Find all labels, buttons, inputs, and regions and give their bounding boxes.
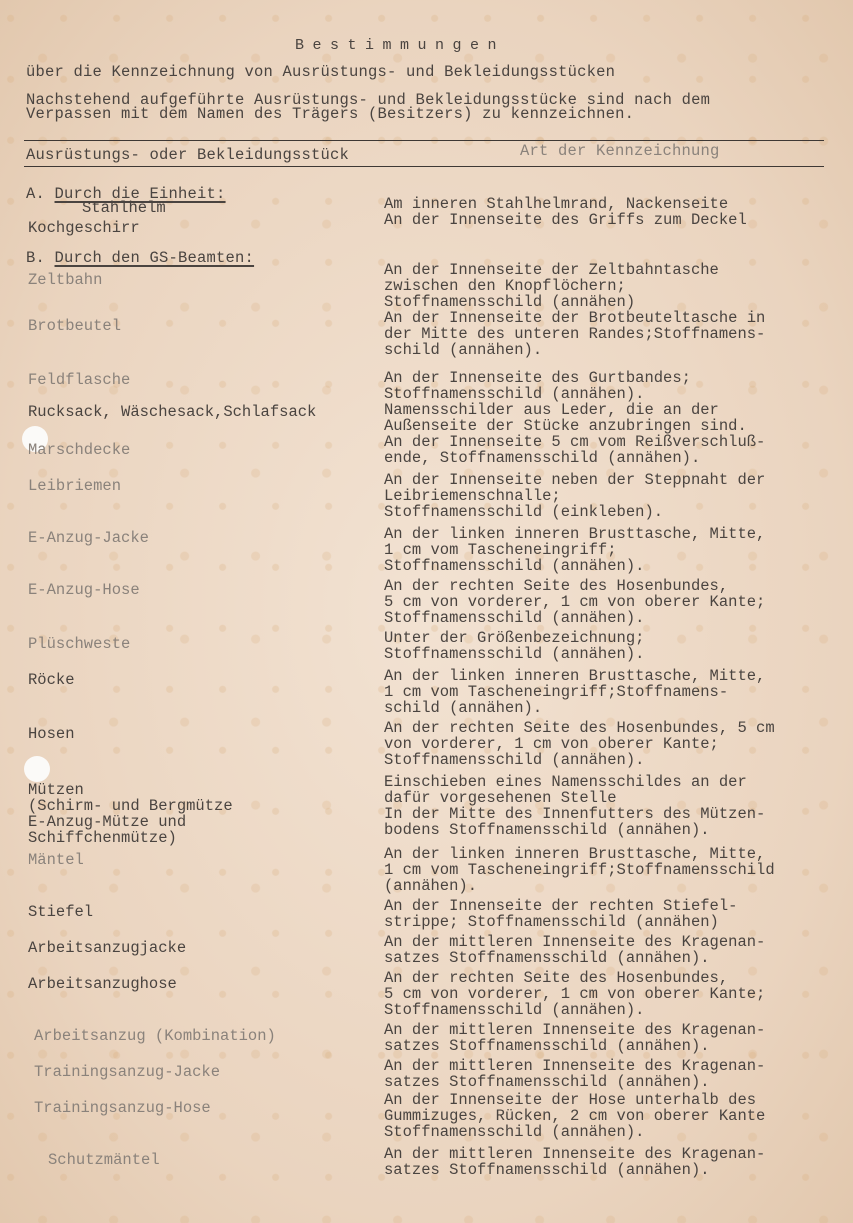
marking-line: Unter der Größenbezeichnung; xyxy=(384,630,644,646)
marking-line: 1 cm vom Tascheneingriff;Stoffnamensschi… xyxy=(384,862,775,878)
section-prefix: B. xyxy=(26,249,55,267)
marking-line: Stoffnamensschild (annähen). xyxy=(384,752,775,768)
item-name: Hosen xyxy=(28,726,75,742)
marking-line: Namensschilder aus Leder, die an der xyxy=(384,402,747,418)
section-prefix: A. xyxy=(26,185,55,203)
item-line: Stahlhelm xyxy=(82,200,166,216)
marking-line: An der Innenseite 5 cm vom Reißverschluß… xyxy=(384,434,765,450)
item-line: Kochgeschirr xyxy=(28,220,140,236)
item-line: Stiefel xyxy=(28,904,93,920)
marking-instruction: An der rechten Seite des Hosenbundes,5 c… xyxy=(384,970,765,1018)
marking-instruction: An der rechten Seite des Hosenbundes, 5 … xyxy=(384,720,775,768)
marking-line: schild (annähen). xyxy=(384,342,765,358)
item-name: Zeltbahn xyxy=(28,272,102,288)
marking-line: 5 cm von vorderer, 1 cm von oberer Kante… xyxy=(384,986,765,1002)
item-name: Arbeitsanzug (Kombination) xyxy=(34,1028,276,1044)
item-line: Schiffchenmütze) xyxy=(28,830,233,846)
marking-line: An der linken inneren Brusttasche, Mitte… xyxy=(384,526,765,542)
marking-line: An der Innenseite der Hose unterhalb des xyxy=(384,1092,765,1108)
marking-line: Stoffnamensschild (annähen). xyxy=(384,386,691,402)
marking-instruction: An der Innenseite der Hose unterhalb des… xyxy=(384,1092,765,1140)
marking-line: Einschieben eines Namensschildes an der xyxy=(384,774,765,790)
item-name: Schutzmäntel xyxy=(48,1152,160,1168)
marking-line: schild (annähen). xyxy=(384,700,765,716)
item-line: (Schirm- und Bergmütze xyxy=(28,798,233,814)
item-line: Arbeitsanzug (Kombination) xyxy=(34,1028,276,1044)
item-name: E-Anzug-Hose xyxy=(28,582,140,598)
marking-instruction: An der mittleren Innenseite des Kragenan… xyxy=(384,1146,765,1178)
item-line: Mützen xyxy=(28,782,233,798)
marking-line: Stoffnamensschild (annähen). xyxy=(384,1002,765,1018)
marking-line: (annähen). xyxy=(384,878,775,894)
item-line: Leibriemen xyxy=(28,478,121,494)
item-line: Arbeitsanzugjacke xyxy=(28,940,186,956)
marking-line: 5 cm von vorderer, 1 cm von oberer Kante… xyxy=(384,594,765,610)
marking-instruction: An der linken inneren Brusttasche, Mitte… xyxy=(384,846,775,894)
marking-line: bodens Stoffnamensschild (annähen). xyxy=(384,822,765,838)
marking-instruction: An der linken inneren Brusttasche, Mitte… xyxy=(384,526,765,574)
item-name: Stiefel xyxy=(28,904,93,920)
marking-line: An der Innenseite des Griffs zum Deckel xyxy=(384,212,747,228)
marking-instruction: An der Innenseite der Brotbeuteltasche i… xyxy=(384,310,765,358)
marking-line: satzes Stoffnamensschild (annähen). xyxy=(384,1074,765,1090)
marking-line: An der mittleren Innenseite des Kragenan… xyxy=(384,1146,765,1162)
header-rule-top xyxy=(24,140,824,141)
marking-instruction: An der Innenseite der rechten Stiefel-st… xyxy=(384,898,737,930)
marking-line: satzes Stoffnamensschild (annähen). xyxy=(384,1162,765,1178)
marking-line: Stoffnamensschild (annähen). xyxy=(384,610,765,626)
item-line: Röcke xyxy=(28,672,75,688)
item-line: Mäntel xyxy=(28,852,84,868)
item-name: Leibriemen xyxy=(28,478,121,494)
marking-instruction: An der rechten Seite des Hosenbundes,5 c… xyxy=(384,578,765,626)
marking-line: An der Innenseite des Gurtbandes; xyxy=(384,370,691,386)
item-name: Feldflasche xyxy=(28,372,130,388)
marking-line: ende, Stoffnamensschild (annähen). xyxy=(384,450,765,466)
item-line: E-Anzug-Hose xyxy=(28,582,140,598)
column-header-marking: Art der Kennzeichnung xyxy=(520,143,720,159)
marking-line: strippe; Stoffnamensschild (annähen) xyxy=(384,914,737,930)
item-line: Zeltbahn xyxy=(28,272,102,288)
marking-line: An der Innenseite der Zeltbahntasche xyxy=(384,262,719,278)
marking-line: An der mittleren Innenseite des Kragenan… xyxy=(384,1022,765,1038)
item-name: Rucksack, Wäschesack,Schlafsack xyxy=(28,404,316,420)
item-name: Trainingsanzug-Jacke xyxy=(34,1064,220,1080)
item-name: Mützen(Schirm- und BergmützeE-Anzug-Mütz… xyxy=(28,782,233,846)
item-line: Trainingsanzug-Hose xyxy=(34,1100,211,1116)
marking-instruction: An der mittleren Innenseite des Kragenan… xyxy=(384,934,765,966)
marking-instruction: An der Innenseite des Griffs zum Deckel xyxy=(384,212,747,228)
item-name: Stahlhelm xyxy=(82,200,166,216)
item-line: Arbeitsanzughose xyxy=(28,976,177,992)
marking-line: Außenseite der Stücke anzubringen sind. xyxy=(384,418,747,434)
marking-instruction: An der Innenseite 5 cm vom Reißverschluß… xyxy=(384,434,765,466)
marking-instruction: Namensschilder aus Leder, die an derAuße… xyxy=(384,402,747,434)
item-name: Brotbeutel xyxy=(28,318,121,334)
item-name: Röcke xyxy=(28,672,75,688)
item-name: E-Anzug-Jacke xyxy=(28,530,149,546)
marking-line: Am inneren Stahlhelmrand, Nackenseite xyxy=(384,196,728,212)
item-line: Hosen xyxy=(28,726,75,742)
marking-line: Stoffnamensschild (annähen). xyxy=(384,646,644,662)
document-title: Bestimmungen xyxy=(295,38,505,54)
marking-line: Stoffnamensschild (annähen). xyxy=(384,558,765,574)
marking-instruction: An der Innenseite des Gurtbandes;Stoffna… xyxy=(384,370,691,402)
marking-line: Leibriemenschnalle; xyxy=(384,488,765,504)
marking-line: satzes Stoffnamensschild (annähen). xyxy=(384,950,765,966)
item-name: Plüschweste xyxy=(28,636,130,652)
column-header-item: Ausrüstungs- oder Bekleidungsstück xyxy=(26,147,349,163)
item-line: Schutzmäntel xyxy=(48,1152,160,1168)
item-name: Mäntel xyxy=(28,852,84,868)
marking-line: An der mittleren Innenseite des Kragenan… xyxy=(384,1058,765,1074)
intro-line: Verpassen mit dem Namen des Trägers (Bes… xyxy=(26,106,634,122)
marking-instruction: An der mittleren Innenseite des Kragenan… xyxy=(384,1058,765,1090)
item-line: E-Anzug-Jacke xyxy=(28,530,149,546)
document-page: Bestimmungen über die Kennzeichnung von … xyxy=(0,0,853,1223)
item-name: Trainingsanzug-Hose xyxy=(34,1100,211,1116)
marking-line: Stoffnamensschild (einkleben). xyxy=(384,504,765,520)
item-name: Arbeitsanzughose xyxy=(28,976,177,992)
item-line: Trainingsanzug-Jacke xyxy=(34,1064,220,1080)
marking-line: satzes Stoffnamensschild (annähen). xyxy=(384,1038,765,1054)
item-name: Kochgeschirr xyxy=(28,220,140,236)
item-name: Arbeitsanzugjacke xyxy=(28,940,186,956)
item-line: E-Anzug-Mütze und xyxy=(28,814,233,830)
marking-line: dafür vorgesehenen Stelle xyxy=(384,790,765,806)
marking-line: Gummizuges, Rücken, 2 cm von oberer Kant… xyxy=(384,1108,765,1124)
marking-line: zwischen den Knopflöchern; xyxy=(384,278,719,294)
punch-hole xyxy=(24,756,50,782)
item-line: Rucksack, Wäschesack,Schlafsack xyxy=(28,404,316,420)
document-subtitle: über die Kennzeichnung von Ausrüstungs- … xyxy=(26,64,615,80)
marking-instruction: An der mittleren Innenseite des Kragenan… xyxy=(384,1022,765,1054)
header-rule-bottom xyxy=(24,166,824,167)
marking-line: An der Innenseite neben der Steppnaht de… xyxy=(384,472,765,488)
marking-line: 1 cm vom Tascheneingriff;Stoffnamens- xyxy=(384,684,765,700)
marking-line: An der Innenseite der rechten Stiefel- xyxy=(384,898,737,914)
marking-line: Stoffnamensschild (annähen) xyxy=(384,294,719,310)
marking-line: An der linken inneren Brusttasche, Mitte… xyxy=(384,846,775,862)
marking-line: An der rechten Seite des Hosenbundes, xyxy=(384,578,765,594)
marking-instruction: An der Innenseite neben der Steppnaht de… xyxy=(384,472,765,520)
marking-line: An der rechten Seite des Hosenbundes, xyxy=(384,970,765,986)
marking-instruction: An der linken inneren Brusttasche, Mitte… xyxy=(384,668,765,716)
marking-instruction: An der Innenseite der Zeltbahntaschezwis… xyxy=(384,262,719,310)
marking-instruction: Einschieben eines Namensschildes an derd… xyxy=(384,774,765,838)
item-line: Feldflasche xyxy=(28,372,130,388)
marking-line: In der Mitte des Innenfutters des Mützen… xyxy=(384,806,765,822)
marking-line: An der rechten Seite des Hosenbundes, 5 … xyxy=(384,720,775,736)
marking-line: An der Innenseite der Brotbeuteltasche i… xyxy=(384,310,765,326)
marking-line: der Mitte des unteren Randes;Stoffnamens… xyxy=(384,326,765,342)
item-line: Marschdecke xyxy=(28,442,130,458)
marking-instruction: Am inneren Stahlhelmrand, Nackenseite xyxy=(384,196,728,212)
marking-line: von vorderer, 1 cm von oberer Kante; xyxy=(384,736,775,752)
marking-line: An der mittleren Innenseite des Kragenan… xyxy=(384,934,765,950)
marking-instruction: Unter der Größenbezeichnung;Stoffnamenss… xyxy=(384,630,644,662)
section-heading: B. Durch den GS-Beamten: xyxy=(26,250,254,266)
section-title: Durch den GS-Beamten: xyxy=(55,249,255,267)
item-line: Plüschweste xyxy=(28,636,130,652)
marking-line: Stoffnamensschild (annähen). xyxy=(384,1124,765,1140)
marking-line: An der linken inneren Brusttasche, Mitte… xyxy=(384,668,765,684)
item-line: Brotbeutel xyxy=(28,318,121,334)
marking-line: 1 cm vom Tascheneingriff; xyxy=(384,542,765,558)
item-name: Marschdecke xyxy=(28,442,130,458)
